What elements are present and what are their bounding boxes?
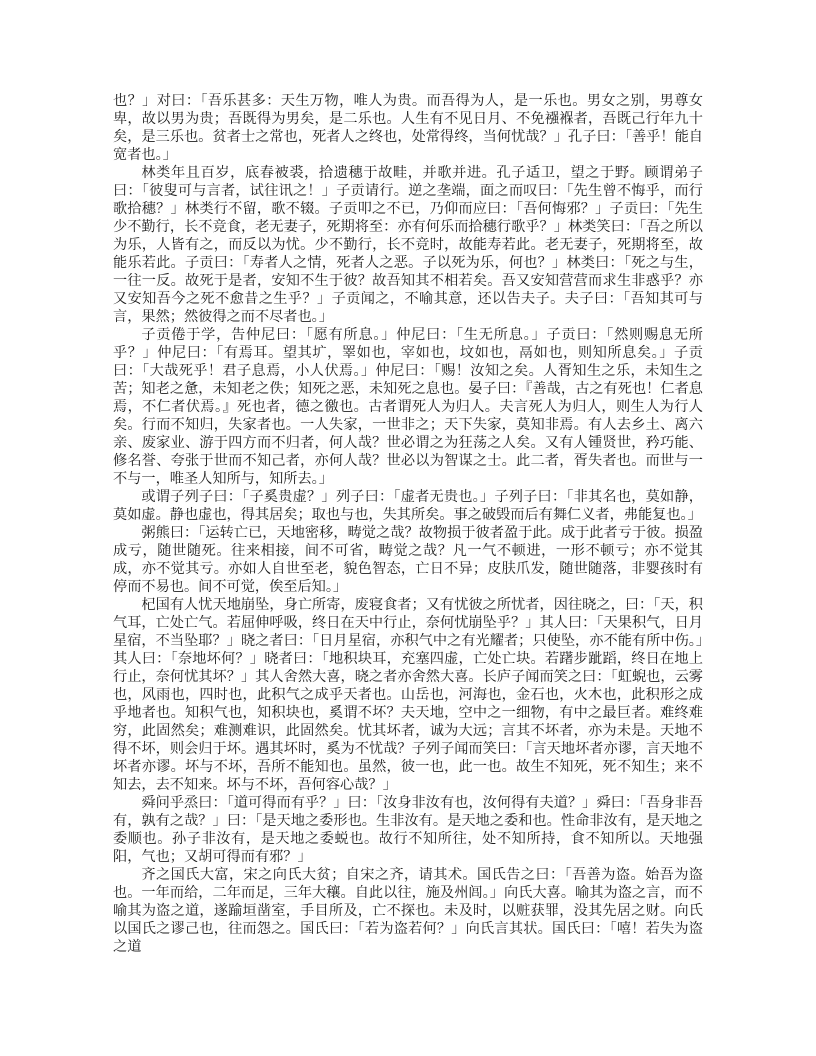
document-page: 也？」对曰：「吾乐甚多：天生万物，唯人为贵。而吾得为人，是一乐也。男女之别，男尊…	[0, 0, 816, 1056]
paragraph: 齐之国氏大富，宋之向氏大贫；自宋之齐，请其术。国氏告之曰：「吾善为盗。始吾为盗也…	[113, 866, 703, 956]
paragraph: 林类年且百岁，底春被裘，拾遗穗于故畦，并歌并进。孔子适卫，望之于野。顾谓弟子曰：…	[113, 164, 703, 326]
paragraph: 舜问乎烝曰：「道可得而有乎？」曰：「汝身非汝有也，汝何得有夫道？」舜曰：「吾身非…	[113, 794, 703, 866]
text-block: 也？」对曰：「吾乐甚多：天生万物，唯人为贵。而吾得为人，是一乐也。男女之别，男尊…	[113, 92, 703, 956]
paragraph: 粥熊曰：「运转亡已，天地密移，畴觉之哉？故物损于彼者盈于此。成于此者亏于彼。损盈…	[113, 524, 703, 596]
paragraph: 杞国有人忧天地崩坠，身亡所寄，废寝食者；又有忧彼之所忧者，因往晓之，曰：「天，积…	[113, 596, 703, 794]
paragraph: 或谓子列子曰：「子奚贵虚？」列子曰：「虚者无贵也。」子列子曰：「非其名也，莫如静…	[113, 488, 703, 524]
paragraph: 子贡倦于学，告仲尼曰：「愿有所息。」仲尼曰：「生无所息。」子贡曰：「然则赐息无所…	[113, 326, 703, 488]
paragraph: 也？」对曰：「吾乐甚多：天生万物，唯人为贵。而吾得为人，是一乐也。男女之别，男尊…	[113, 92, 703, 164]
